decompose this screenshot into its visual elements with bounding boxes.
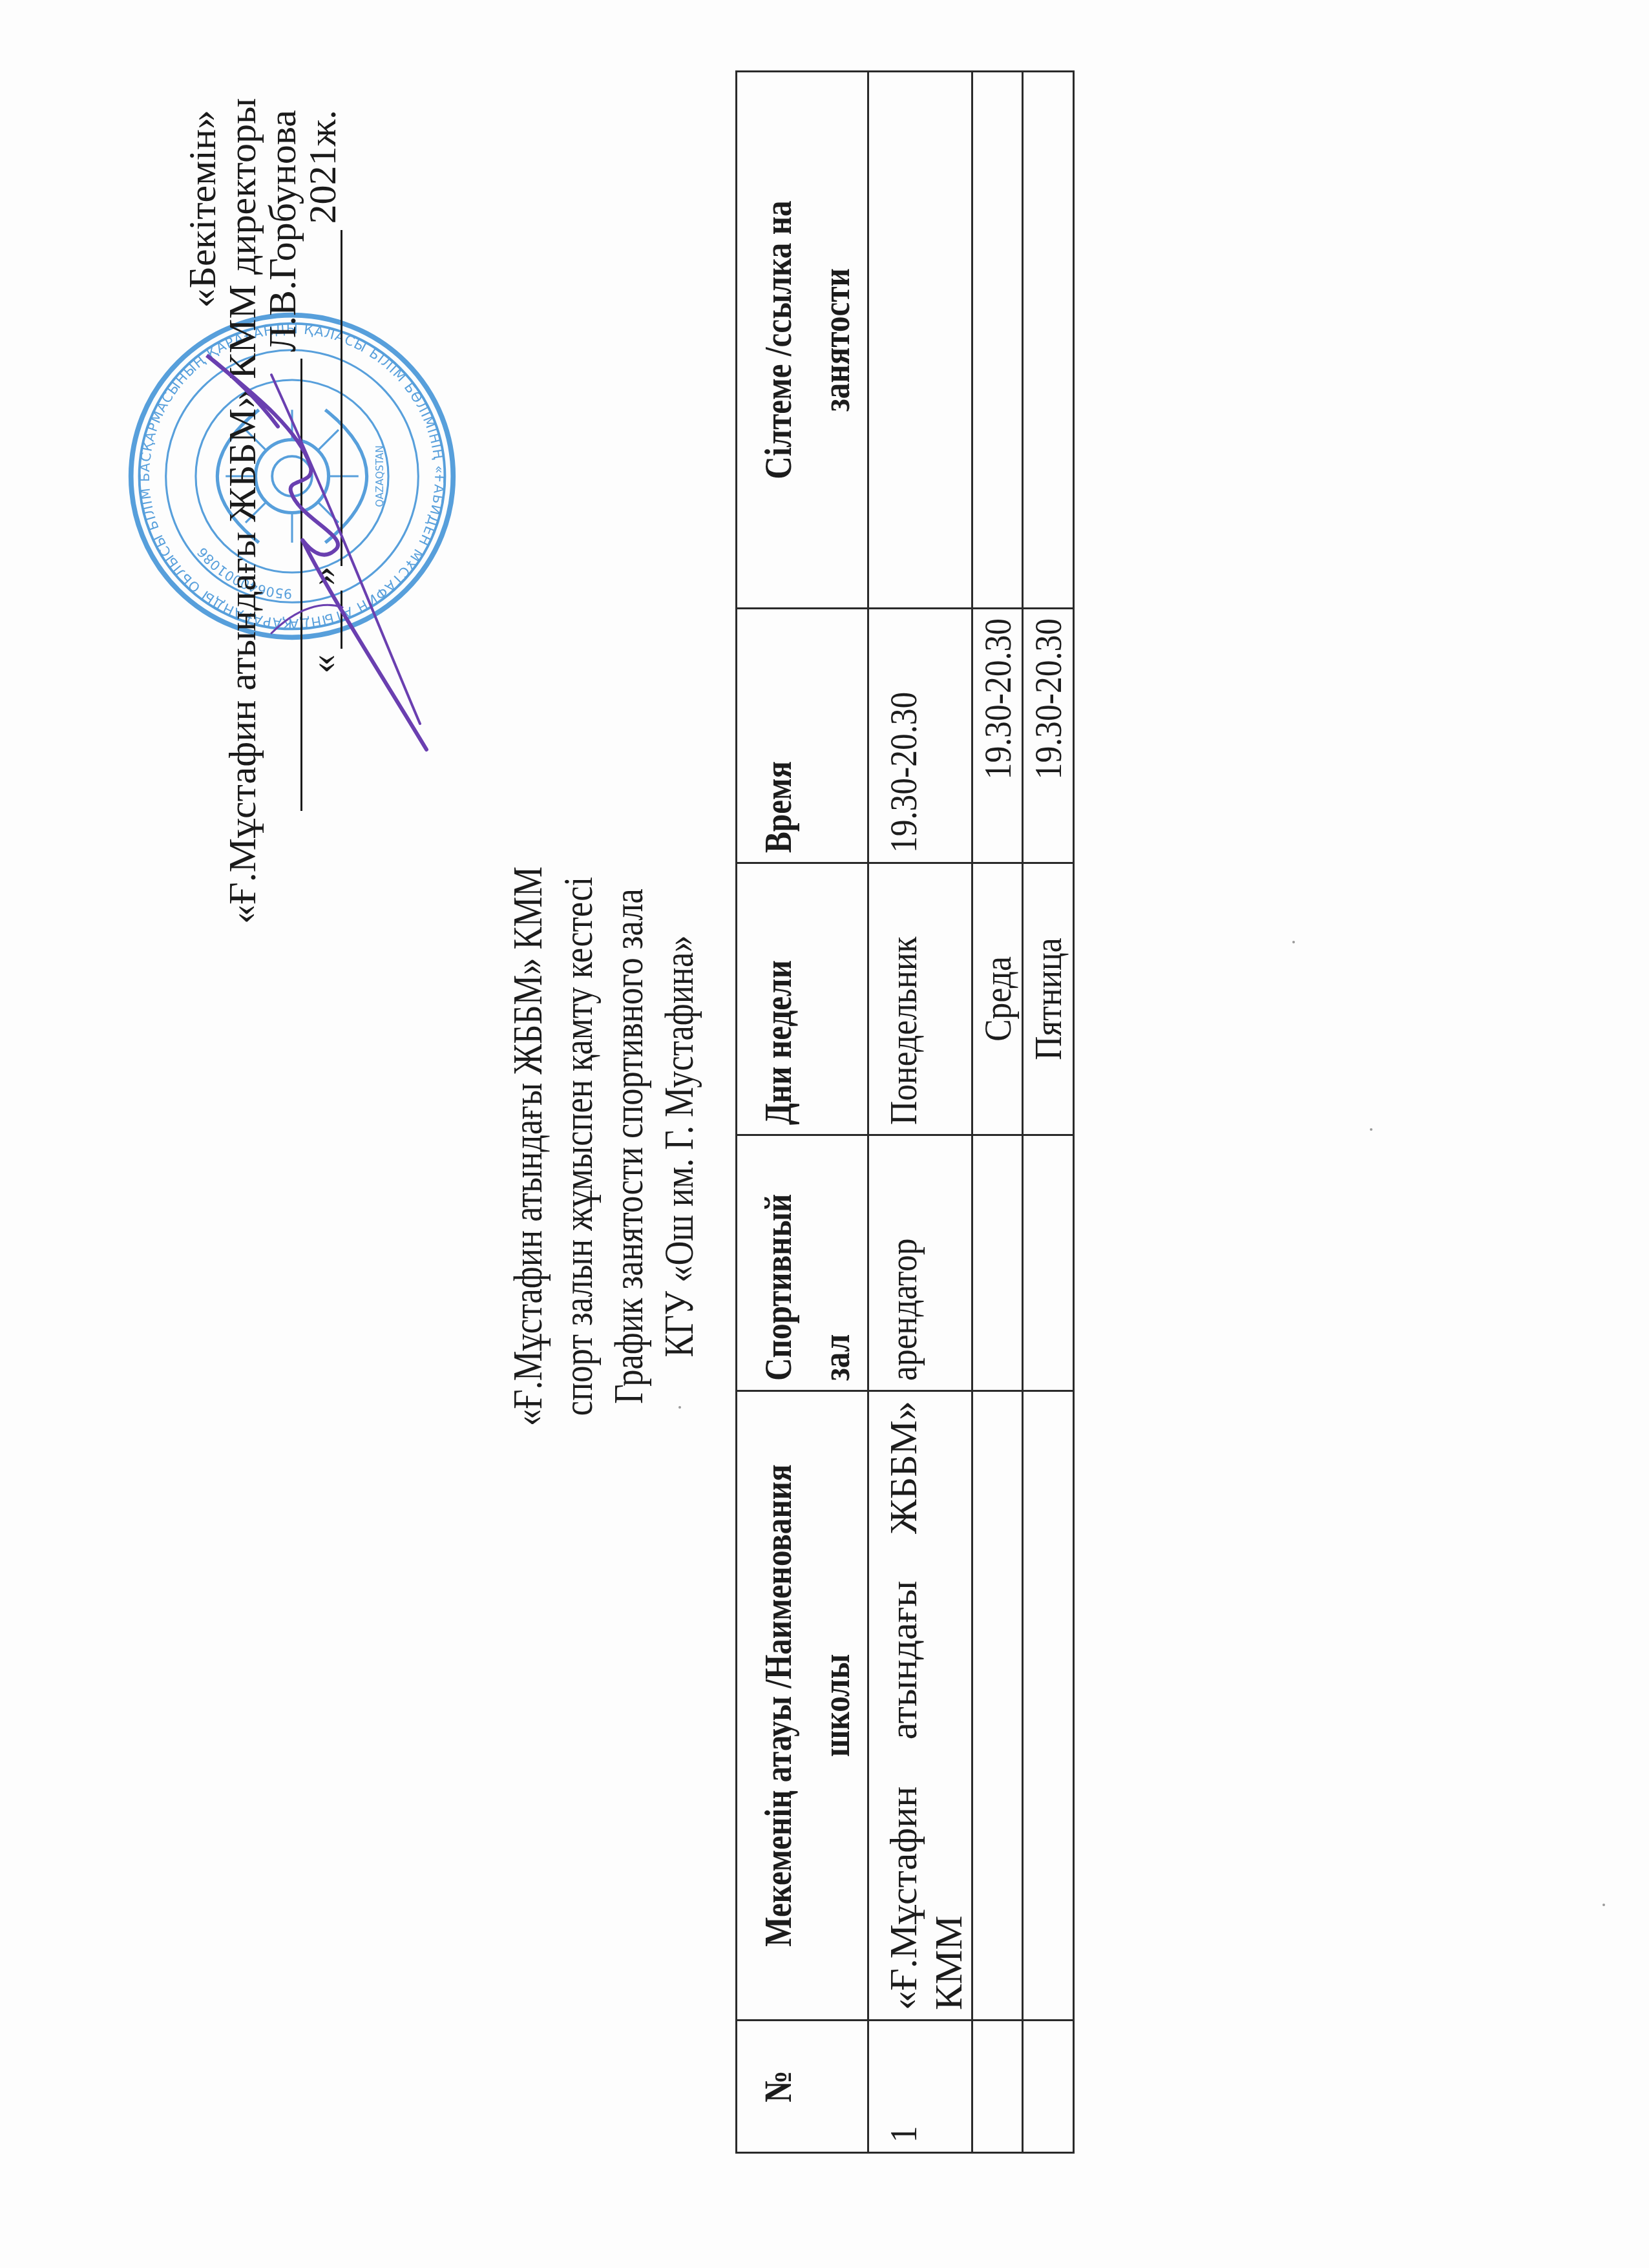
cell-number (1023, 2021, 1074, 2153)
scan-speck (678, 1406, 681, 1409)
cell-weekday: Пятница (1023, 863, 1074, 1135)
cell-gym: арендатор (868, 1135, 972, 1391)
cell-link (1023, 72, 1074, 609)
document-page: ҚАРАҒАНДЫ ОБЛЫСЫ БІЛІМ БАСҚАРМАСЫНЫҢ ҚАР… (0, 0, 1649, 2268)
cell-number (972, 2021, 1023, 2153)
cell-number: 1 (868, 2021, 972, 2153)
header-link: Сілтеме /ссылка на занятости (737, 72, 868, 609)
cell-weekday: Понедельник (868, 863, 972, 1135)
table-header-row: № Мекеменің атауы /Наименования школы Сп… (737, 72, 868, 2153)
signature-scribble-icon (168, 342, 439, 762)
cell-gym (1023, 1135, 1074, 1391)
table-row: 1 «Ғ.Мұстафин атындағы ЖББМ» КММ арендат… (868, 72, 972, 2153)
header-weekdays: Дни недели (737, 863, 868, 1135)
table-row: Пятница 19.30-20.30 (1023, 72, 1074, 2153)
date-year: 2021ж. (301, 110, 344, 224)
scan-speck (1292, 941, 1295, 943)
school-name-line-2: КММ (926, 1401, 971, 2010)
title-line-3: График занятости спортивного зала (604, 828, 654, 1464)
director-signature (168, 342, 439, 762)
header-gym: Спортивный зал (737, 1135, 868, 1391)
cell-time: 19.30-20.30 (868, 609, 972, 863)
cell-link (868, 72, 972, 609)
table-row: Среда 19.30-20.30 (972, 72, 1023, 2153)
cell-school-name (972, 1391, 1023, 2021)
gym-schedule-table: № Мекеменің атауы /Наименования школы Сп… (735, 70, 1075, 2154)
title-line-1: «Ғ.Мұстафин атындағы ЖББМ» КММ (503, 828, 553, 1464)
director-name: Л.В.Горбунова (261, 110, 304, 352)
header-school-name: Мекеменің атауы /Наименования школы (737, 1391, 868, 2021)
cell-link (972, 72, 1023, 609)
title-line-2: спорт залын жұмыспен қамту кестесі (553, 828, 604, 1464)
cell-time: 19.30-20.30 (1023, 609, 1074, 863)
cell-weekday: Среда (972, 863, 1023, 1135)
cell-gym (972, 1135, 1023, 1391)
school-name-line-1: «Ғ.Мұстафин атындағы ЖББМ» (881, 1401, 926, 2010)
scan-speck (1370, 1128, 1372, 1131)
document-title: «Ғ.Мұстафин атындағы ЖББМ» КММ спорт зал… (503, 759, 704, 1534)
header-number: № (737, 2021, 868, 2153)
cell-school-name (1023, 1391, 1074, 2021)
cell-school-name: «Ғ.Мұстафин атындағы ЖББМ» КММ (868, 1391, 972, 2021)
header-time: Время (737, 609, 868, 863)
title-line-4: КГУ «Ош им. Г. Мустафина» (654, 828, 704, 1464)
scan-speck (1602, 1904, 1605, 1906)
cell-time: 19.30-20.30 (972, 609, 1023, 863)
